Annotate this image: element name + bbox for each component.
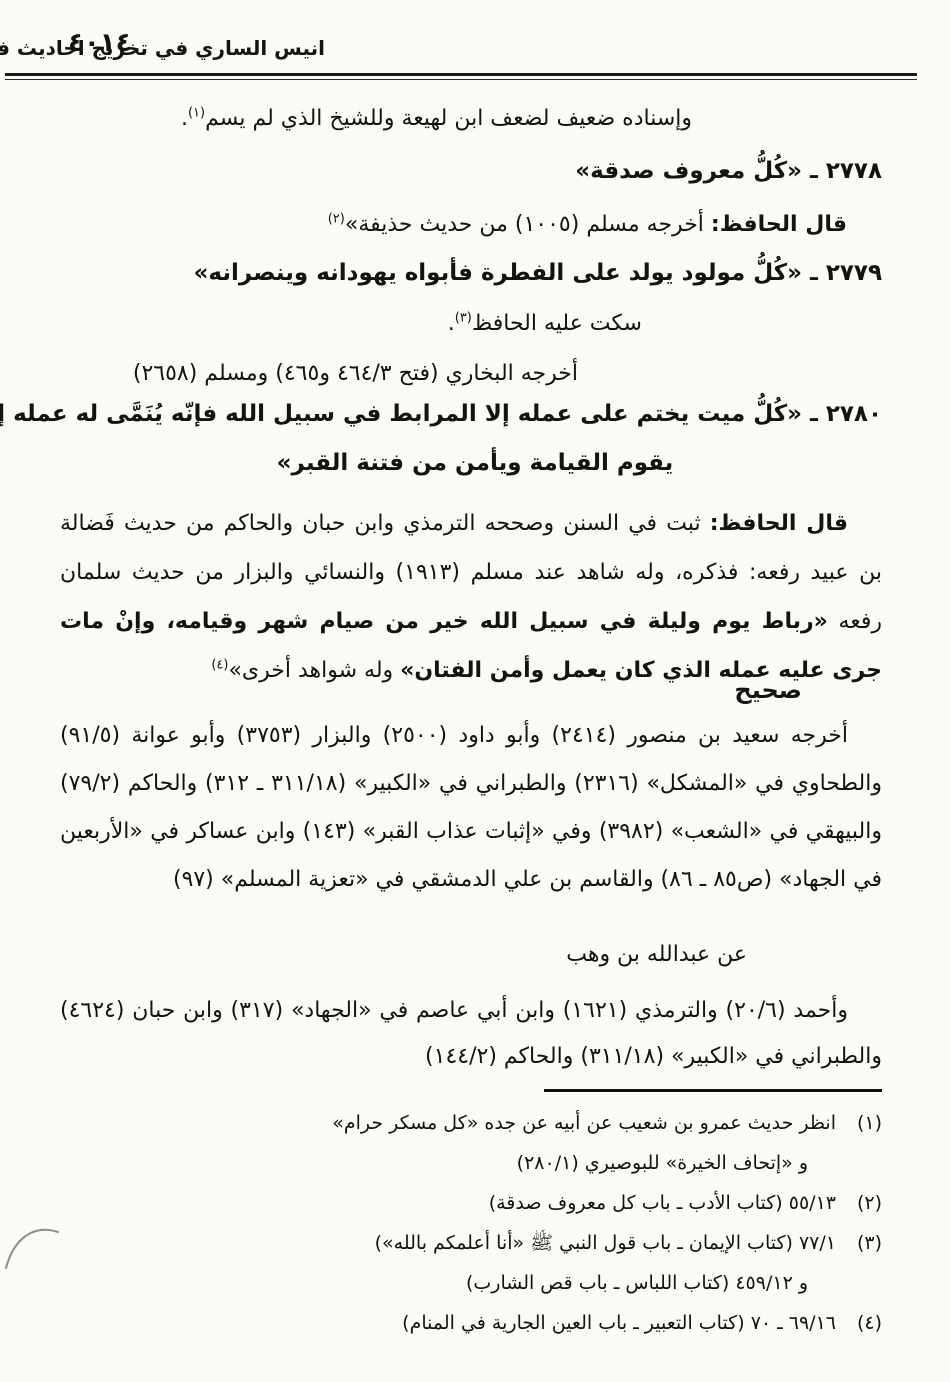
embedded-hadith-quote: «رباط يوم وليلة في سبيل الله خير من صيام… [60,609,882,683]
entry-2778-heading: ٢٧٧٨ ـ «كُلُّ معروف صدقة» [575,158,882,184]
entry-2780-hafiz-paragraph: قال الحافظ: ثبت في السنن وصححه الترمذي و… [60,499,882,695]
entry-2779-heading: ٢٧٧٩ ـ «كُلُّ مولود يولد على الفطرة فأبو… [194,260,882,286]
book-page: انيس الساري في تخريج احاديث فتح الباري ٤… [0,0,950,1382]
footnote-2-number: (٢) [836,1184,882,1222]
footnote-marker-2: (٢) [328,212,345,227]
carryover-text: وإسناده ضعيف لضعف ابن لهيعة وللشيخ الذي … [205,106,692,131]
silence-period: . [448,311,455,336]
header-rule-thin [5,79,917,80]
footnote-4: (٤) ٦٩/١٦ ـ ٧٠ (كتاب التعبير ـ باب العين… [70,1304,882,1342]
footnote-marker-3: (٣) [455,311,472,326]
footnote-2: (٢) ٥٥/١٣ (كتاب الأدب ـ باب كل معروف صدق… [70,1184,882,1222]
entry-2780-takhrij-paragraph: أخرجه سعيد بن منصور (٢٤١٤) وأبو داود (٢٥… [60,712,882,904]
footnotes-block: (١) انظر حديث عمرو بن شعيب عن أبيه عن جد… [70,1104,882,1344]
carryover-period: . [181,106,188,131]
grade-label: صحيح [734,676,802,704]
entry-2778-hafiz-line: قال الحافظ: أخرجه مسلم (١٠٠٥) من حديث حذ… [328,212,847,237]
footnote-4-text: ٦٩/١٦ ـ ٧٠ (كتاب التعبير ـ باب العين الج… [70,1304,836,1342]
footnote-1-continuation: و «إتحاف الخيرة» للبوصيري (٢٨٠/١) [70,1144,882,1182]
carryover-line: وإسناده ضعيف لضعف ابن لهيعة وللشيخ الذي … [181,106,692,131]
footnote-3: (٣) ٧٧/١ (كتاب الإيمان ـ باب قول النبي ﷺ… [70,1224,882,1262]
footnote-3-continuation: و ٤٥٩/١٢ (كتاب اللباس ـ باب قص الشارب) [70,1264,882,1302]
footnote-1-text: انظر حديث عمرو بن شعيب عن أبيه عن جده «ك… [70,1104,836,1142]
footnote-1: (١) انظر حديث عمرو بن شعيب عن أبيه عن جد… [70,1104,882,1142]
entry-2780-heading-line2: يقوم القيامة ويأمن من فتنة القبر» [0,450,950,476]
pen-mark-artifact [0,1222,62,1274]
footnote-marker-4: (٤) [211,658,228,673]
silence-text: سكت عليه الحافظ [472,311,642,336]
hafiz-text: أخرجه مسلم (١٠٠٥) من حديث حذيفة» [345,212,711,237]
hafiz-label: قال الحافظ: [710,511,848,536]
header-rule-thick [5,73,917,76]
entry-2780-heading-line1: ٢٧٨٠ ـ «كُلُّ ميت يختم على عمله إلا المر… [0,401,882,427]
via-line: عن عبدالله بن وهب [566,942,747,967]
footnote-3-number: (٣) [836,1224,882,1262]
footnote-2-text: ٥٥/١٣ (كتاب الأدب ـ باب كل معروف صدقة) [70,1184,836,1222]
entry-2779-silence-line: سكت عليه الحافظ(٣). [448,311,642,336]
footnote-3-text: ٧٧/١ (كتاب الإيمان ـ باب قول النبي ﷺ «أن… [70,1224,836,1262]
hafiz-text-2: وله شواهد أخرى» [228,658,400,683]
entry-2780-takhrij-paragraph-2: وأحمد (٢٠/٦) والترمذي (١٦٢١) وابن أبي عا… [60,988,882,1080]
entry-2779-takhrij-line: أخرجه البخاري (فتح ٤٦٤/٣ و٤٦٥) ومسلم (٢٦… [133,361,578,386]
hafiz-label: قال الحافظ: [711,212,847,237]
page-number: ٤٠١٤ [68,28,131,58]
footnote-separator-rule [544,1089,882,1092]
footnote-marker-1: (١) [188,106,205,121]
footnote-4-number: (٤) [836,1304,882,1342]
footnote-1-number: (١) [836,1104,882,1142]
